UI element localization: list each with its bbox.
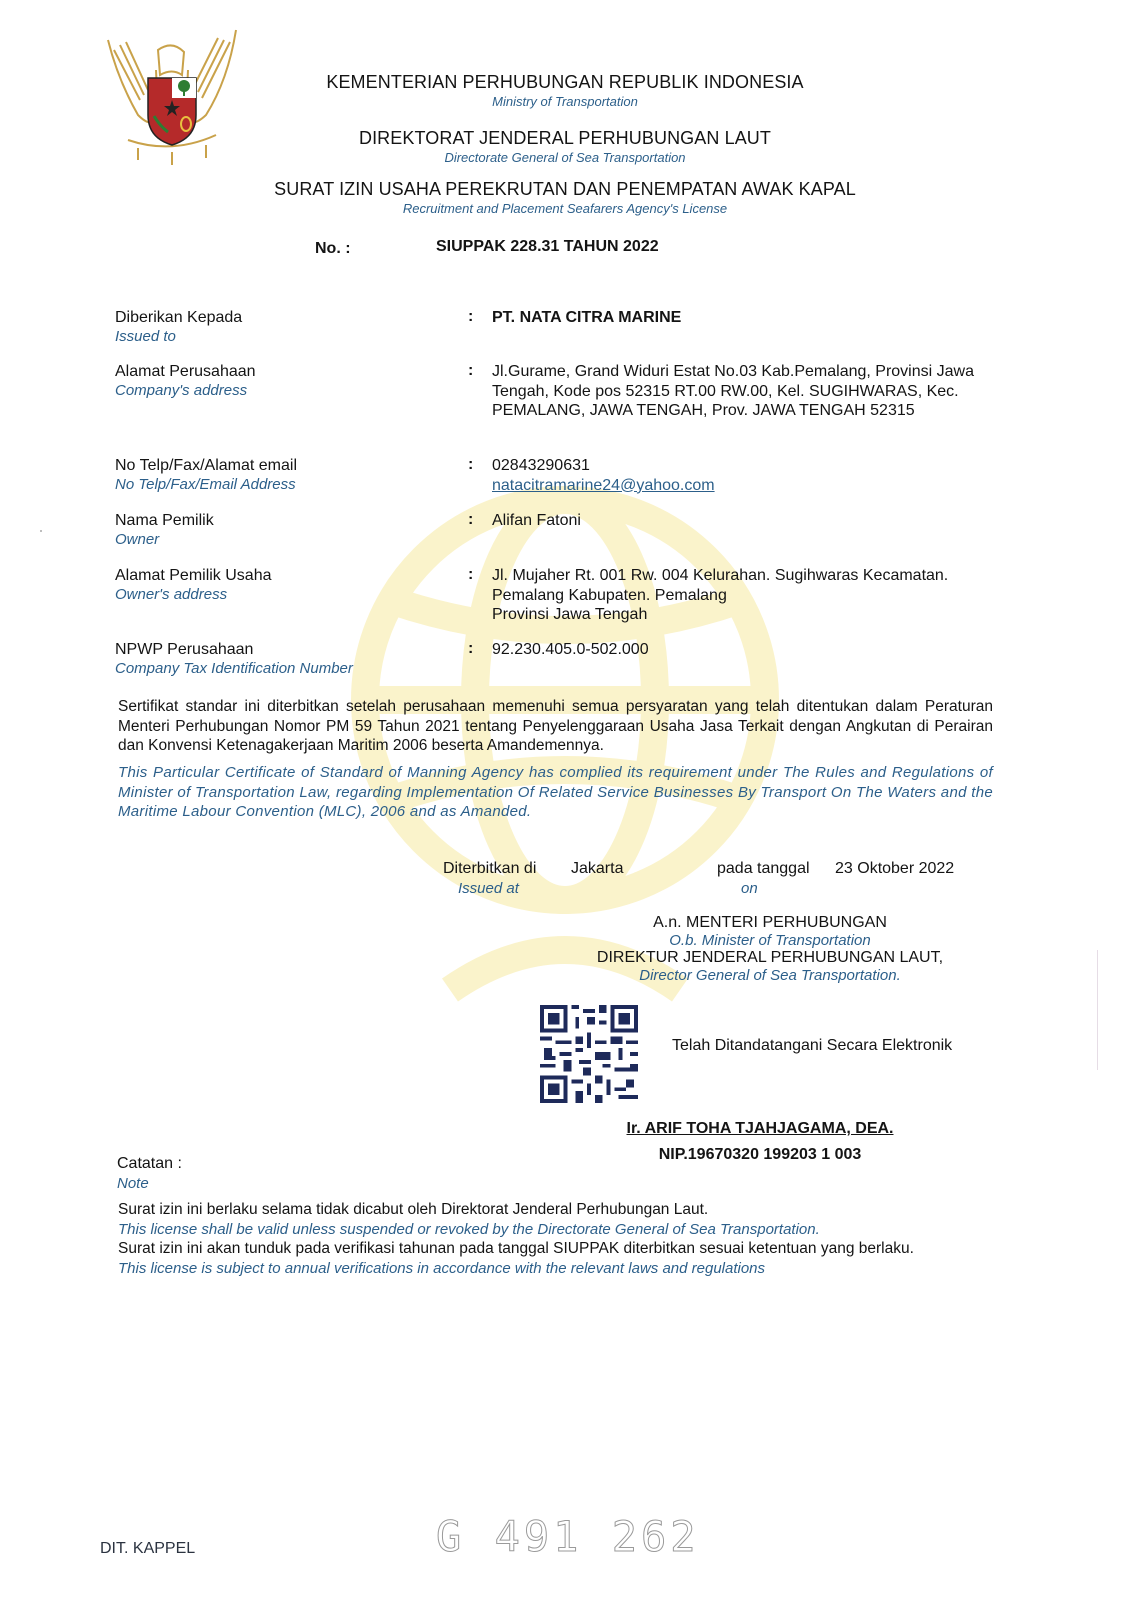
perforated-serial-number: G 491 262 [436, 1512, 700, 1561]
field-label: NPWP Perusahaan [115, 640, 455, 659]
field-label-en: Owner [115, 530, 455, 549]
field-label: Diberikan Kepada [115, 308, 455, 327]
department-code: DIT. KAPPEL [100, 1540, 195, 1558]
signatory-position-en: Director General of Sea Transportation. [520, 967, 1020, 984]
license-number: SIUPPAK 228.31 TAHUN 2022 [436, 238, 659, 256]
field-label-en: Company's address [115, 381, 455, 400]
signatory-position: DIREKTUR JENDERAL PERHUBUNGAN LAUT, [520, 949, 1020, 967]
issued-on-label-en: on [741, 880, 758, 897]
directorate-subtitle: Directorate General of Sea Transportatio… [0, 150, 1130, 165]
issued-at-label-en: Issued at [458, 880, 519, 897]
field-label: Alamat Pemilik Usaha [115, 566, 455, 585]
owner-name: Alifan Fatoni [492, 511, 1012, 531]
on-behalf-title: A.n. MENTERI PERHUBUNGAN [520, 914, 1020, 932]
company-address: Jl.Gurame, Grand Widuri Estat No.03 Kab.… [492, 362, 992, 421]
company-name: PT. NATA CITRA MARINE [492, 308, 1012, 328]
note-label-en: Note [117, 1175, 149, 1192]
field-colon: : [468, 640, 473, 658]
email-link[interactable]: natacitramarine24@yahoo.com [492, 476, 1012, 496]
tax-id: 92.230.405.0-502.000 [492, 640, 1012, 660]
field-label: No Telp/Fax/Alamat email [115, 456, 455, 475]
field-colon: : [468, 456, 473, 474]
field-label-en: Company Tax Identification Number [115, 659, 455, 678]
issued-on-label: pada tanggal [717, 860, 810, 878]
statement-id: Sertifikat standar ini diterbitkan setel… [118, 697, 993, 756]
electronic-signature-note: Telah Ditandatangani Secara Elektronik [672, 1037, 952, 1055]
field-colon: : [468, 308, 473, 326]
on-behalf-title-en: O.b. Minister of Transportation [520, 932, 1020, 949]
phone-number: 02843290631 [492, 456, 1012, 476]
field-colon: : [468, 362, 473, 380]
statement-en: This Particular Certificate of Standard … [118, 763, 993, 822]
signatory-name: Ir. ARIF TOHA TJAHJAGAMA, DEA. [520, 1120, 1000, 1138]
field-colon: : [468, 511, 473, 529]
field-label: Alamat Perusahaan [115, 362, 455, 381]
scan-artifact-dot [40, 530, 42, 532]
field-label-en: Owner's address [115, 585, 455, 604]
field-label-en: No Telp/Fax/Email Address [115, 475, 455, 494]
field-colon: : [468, 566, 473, 584]
field-label-en: Issued to [115, 327, 455, 346]
ministry-title: KEMENTERIAN PERHUBUNGAN REPUBLIK INDONES… [0, 72, 1130, 93]
license-subtitle: Recruitment and Placement Seafarers Agen… [0, 201, 1130, 216]
license-number-label: No. : [315, 240, 351, 258]
note-item: Surat izin ini berlaku selama tidak dica… [118, 1200, 1018, 1278]
ministry-subtitle: Ministry of Transportation [0, 94, 1130, 109]
owner-address: Jl. Mujaher Rt. 001 Rw. 004 Kelurahan. S… [492, 566, 1012, 625]
field-label: Nama Pemilik [115, 511, 455, 530]
signatory-nip: NIP.19670320 199203 1 003 [520, 1146, 1000, 1164]
note-label: Catatan : [117, 1155, 182, 1173]
directorate-title: DIREKTORAT JENDERAL PERHUBUNGAN LAUT [0, 128, 1130, 149]
issued-date: 23 Oktober 2022 [835, 860, 954, 878]
license-title: SURAT IZIN USAHA PEREKRUTAN DAN PENEMPAT… [0, 179, 1130, 200]
qr-code-icon[interactable] [540, 1005, 638, 1103]
scan-edge-line [1097, 950, 1098, 1070]
issued-place: Jakarta [571, 860, 623, 878]
issued-at-label: Diterbitkan di [443, 860, 536, 878]
